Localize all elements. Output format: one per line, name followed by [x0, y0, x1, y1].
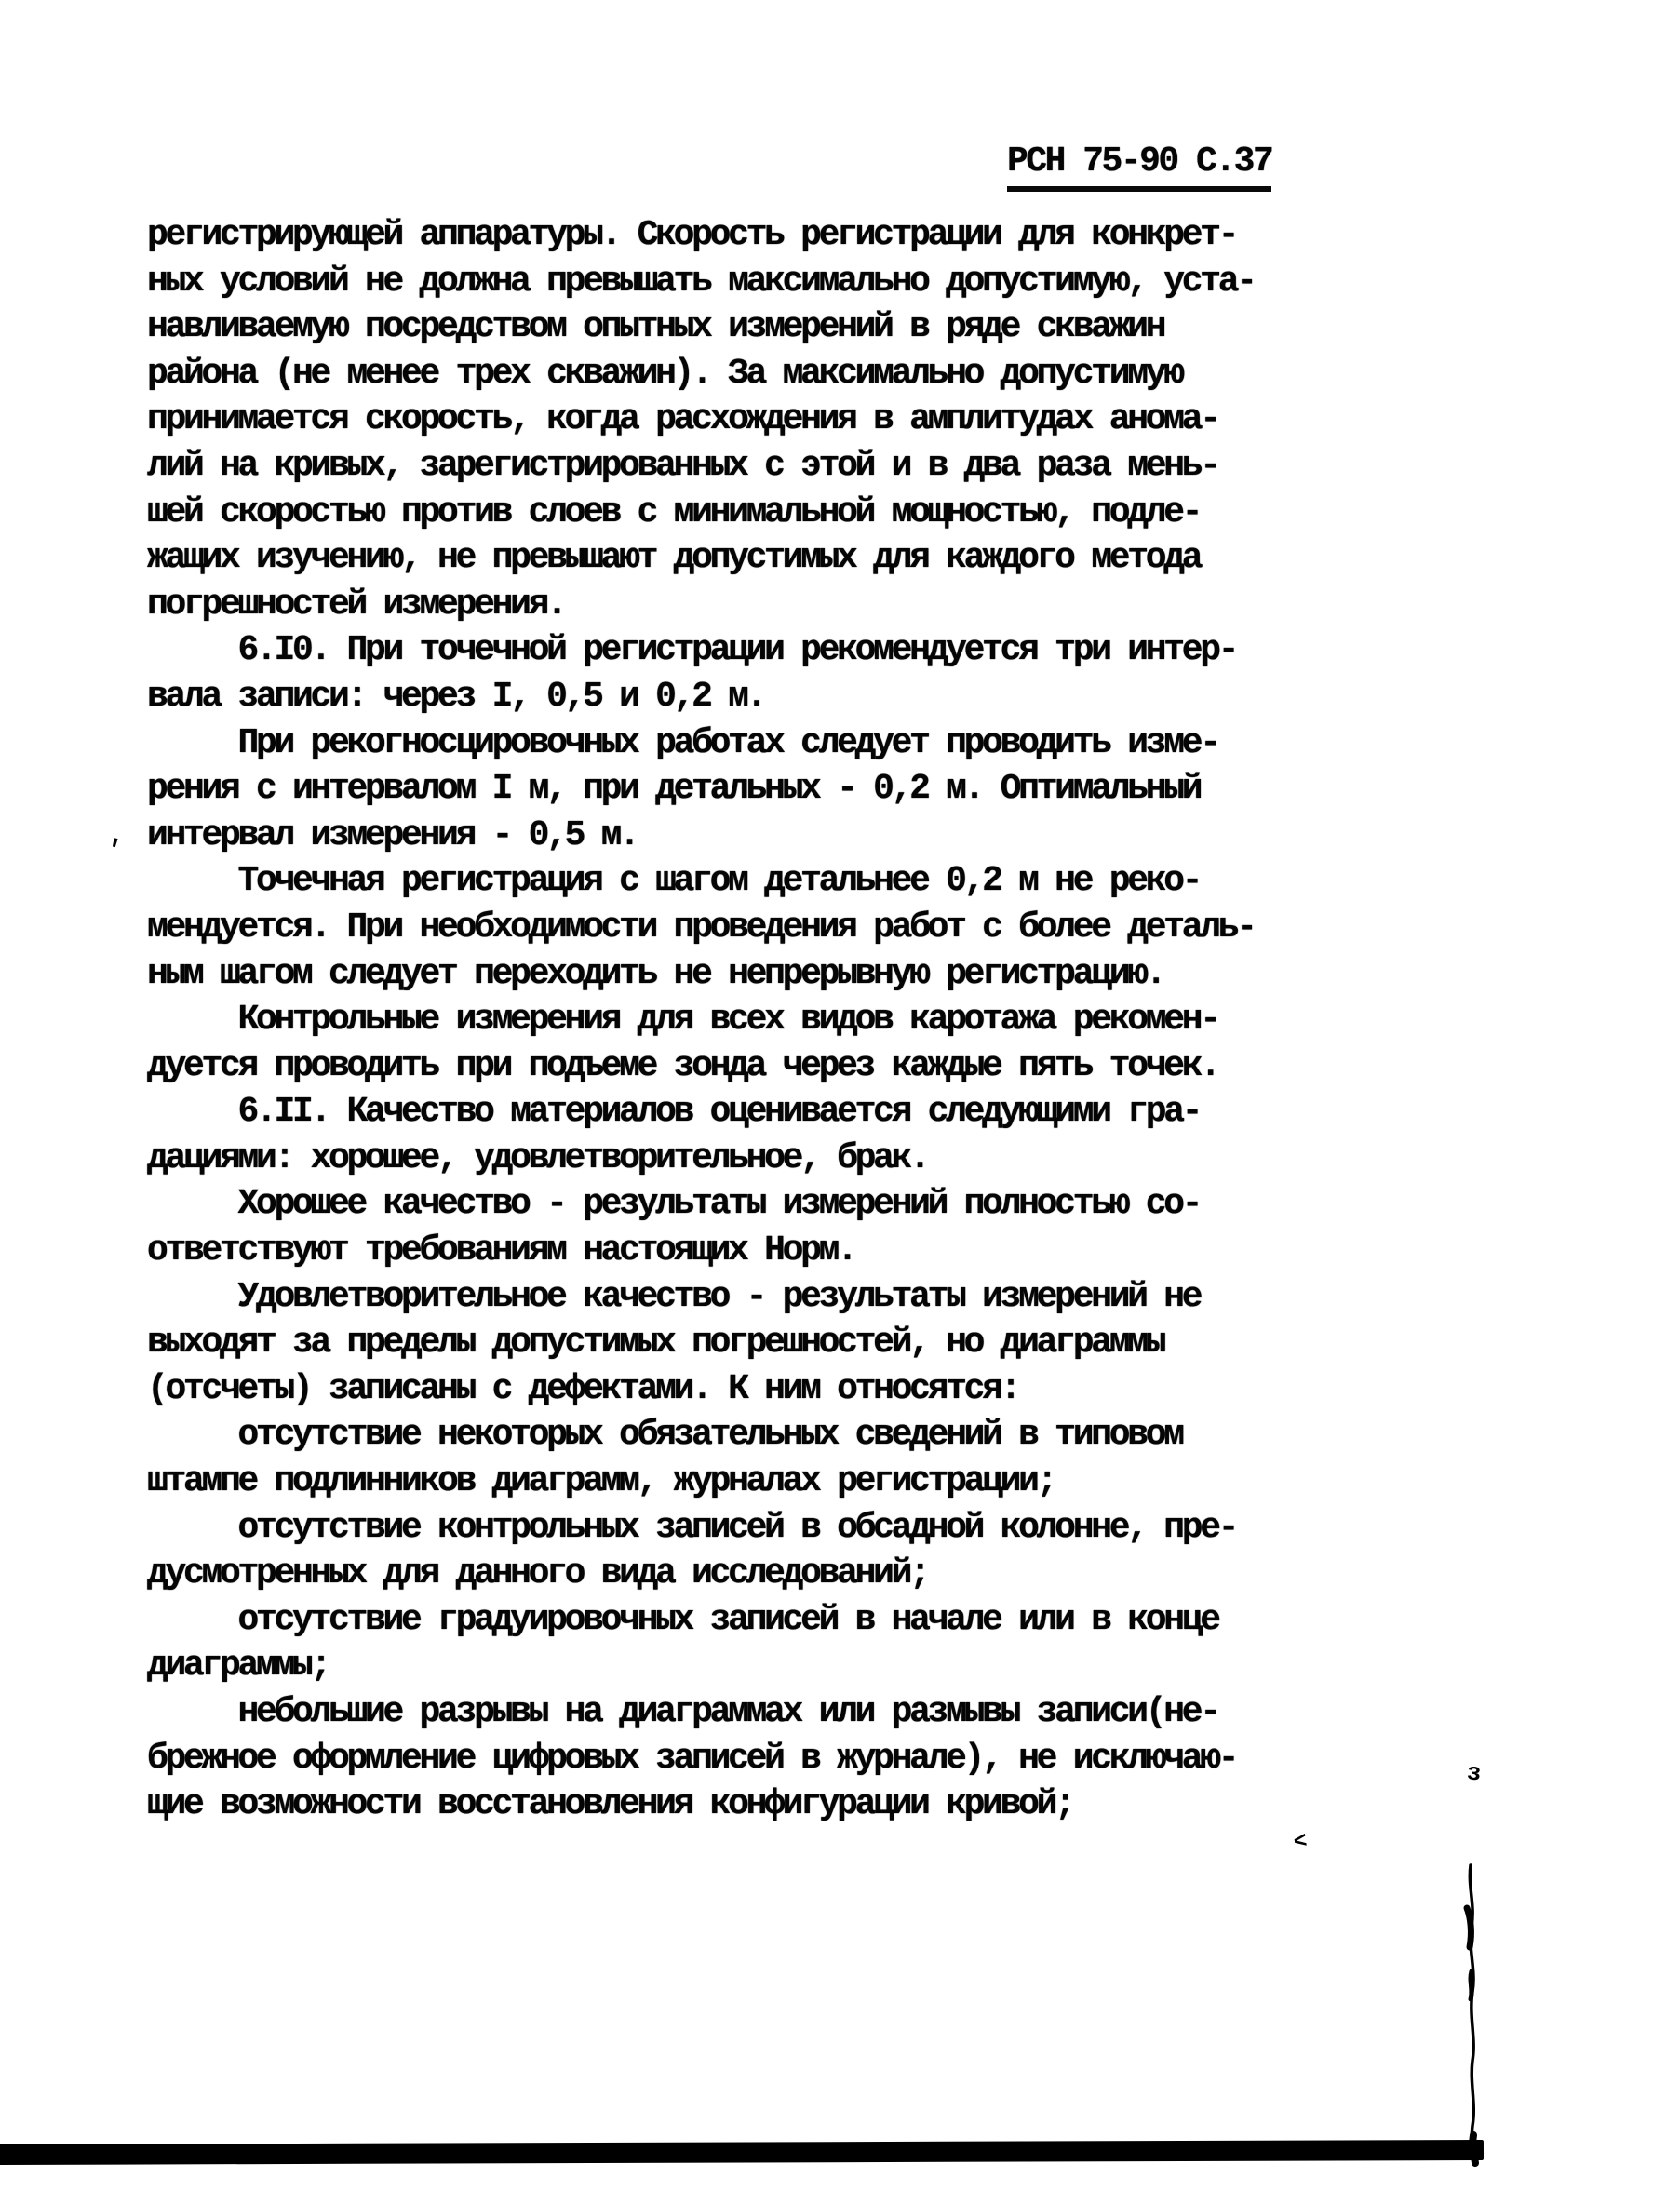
scan-artifact-bottom-bar	[0, 2140, 1484, 2165]
text-line: небольшие разрывы на диаграммах или разм…	[147, 1689, 1320, 1736]
text-line: диаграммы;	[147, 1643, 1320, 1689]
text-line: рения с интервалом I м, при детальных - …	[147, 766, 1320, 813]
text-line: отсутствие градуировочных записей в нача…	[147, 1597, 1320, 1644]
text-line: погрешностей измерения.	[147, 582, 1320, 628]
text-line: Контрольные измерения для всех видов кар…	[147, 997, 1320, 1043]
document-body: регистрирующей аппаратуры. Скорость реги…	[147, 212, 1320, 1828]
text-line: дациями: хорошее, удовлетворительное, бр…	[147, 1136, 1320, 1182]
text-line: Удовлетворительное качество - результаты…	[147, 1274, 1320, 1321]
scan-speck-arrow: <	[1292, 1829, 1309, 1856]
text-line: отсутствие некоторых обязательных сведен…	[147, 1412, 1320, 1458]
scan-artifact-squiggle	[1454, 1860, 1491, 2167]
text-line: щие возможности восстановления конфигура…	[147, 1781, 1320, 1828]
text-line: ответствуют требованиям настоящих Норм.	[147, 1228, 1320, 1274]
text-line: 6.I0. При точечной регистрации рекоменду…	[147, 627, 1320, 674]
text-line: ных условий не должна превышать максимал…	[147, 259, 1320, 305]
text-line: брежное оформление цифровых записей в жу…	[147, 1736, 1320, 1782]
text-line: лий на кривых, зарегистрированных с этой…	[147, 443, 1320, 490]
text-line: ным шагом следует переходить не непрерыв…	[147, 951, 1320, 998]
text-line: принимается скорость, когда расхождения …	[147, 397, 1320, 443]
text-line: интервал измерения - 0,5 м.	[147, 813, 1320, 859]
text-line: района (не менее трех скважин). За макси…	[147, 351, 1320, 397]
text-line: навливаемую посредством опытных измерени…	[147, 304, 1320, 351]
doc-code-header: РСН 75-90 С.37	[1007, 141, 1271, 192]
text-line: выходят за пределы допустимых погрешност…	[147, 1320, 1320, 1366]
text-line: жащих изучению, не превышают допустимых …	[147, 535, 1320, 582]
text-line: вала записи: через I, 0,5 и 0,2 м.	[147, 674, 1320, 720]
text-line: дуется проводить при подъеме зонда через…	[147, 1043, 1320, 1090]
scan-speck-tick: '	[101, 834, 125, 868]
text-line: отсутствие контрольных записей в обсадно…	[147, 1505, 1320, 1552]
text-line: мендуется. При необходимости проведения …	[147, 905, 1320, 951]
scan-speck-glyph: з	[1465, 1758, 1483, 1787]
text-line: дусмотренных для данного вида исследован…	[147, 1551, 1320, 1597]
text-line: При рекогносцировочных работах следует п…	[147, 720, 1320, 767]
text-line: Точечная регистрация с шагом детальнее 0…	[147, 858, 1320, 905]
text-line: штампе подлинников диаграмм, журналах ре…	[147, 1458, 1320, 1505]
text-line: (отсчеты) записаны с дефектами. К ним от…	[147, 1366, 1320, 1413]
text-line: Хорошее качество - результаты измерений …	[147, 1181, 1320, 1228]
text-line: 6.II. Качество материалов оценивается сл…	[147, 1089, 1320, 1136]
scanned-page: РСН 75-90 С.37 регистрирующей аппаратуры…	[0, 0, 1680, 2191]
text-line: регистрирующей аппаратуры. Скорость реги…	[147, 212, 1320, 259]
text-line: шей скоростью против слоев с минимальной…	[147, 490, 1320, 536]
